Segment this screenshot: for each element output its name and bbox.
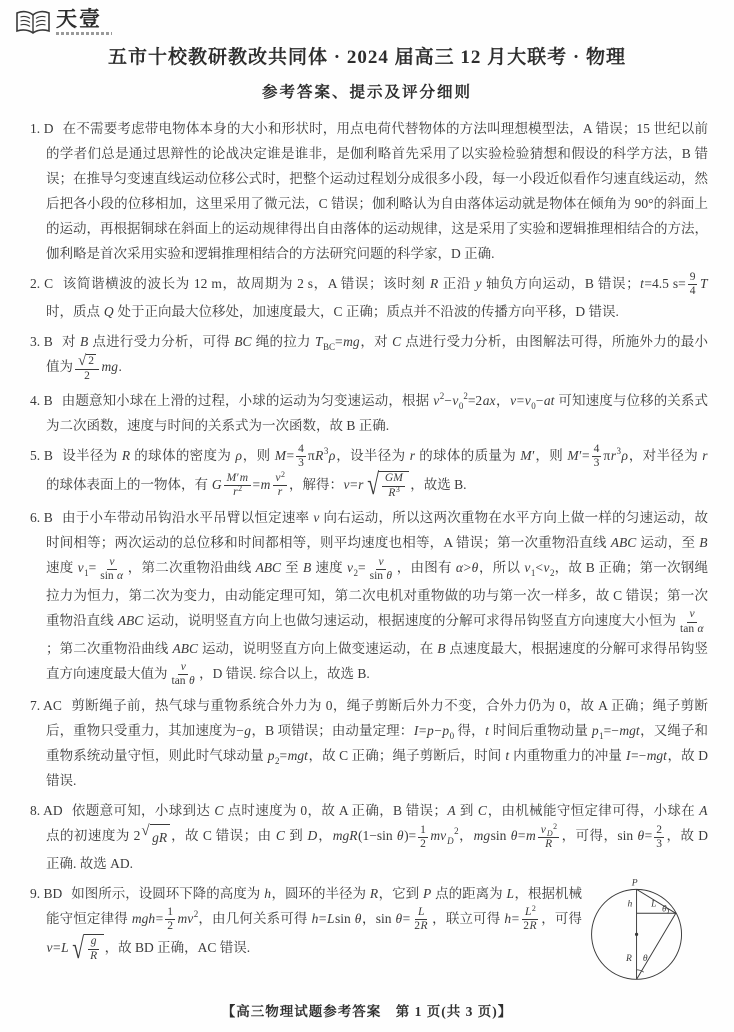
logo-text: 天壹 bbox=[56, 9, 112, 35]
answer-text: 依题意可知，小球到达 C 点时速度为 0，故 A 正确，B 错误；A 到 C，由… bbox=[46, 803, 708, 871]
answer-text: 对 B 点进行受力分析，可得 BC 绳的拉力 TBC=mg，对 C 点进行受力分… bbox=[46, 334, 708, 375]
answer-number: 4. B bbox=[30, 393, 53, 408]
answer-number: 3. B bbox=[30, 334, 53, 349]
answer-text: 由题意知小球在上滑的过程，小球的运动为匀变速运动，根据 v2−v02=2ax，v… bbox=[46, 393, 708, 433]
answer-number: 7. AC bbox=[30, 698, 62, 713]
answers-list: 1. D在不需要考虑带电物体本身的大小和形状时，用点电荷代替物体的方法叫理想模型… bbox=[0, 102, 734, 964]
answer-number: 9. BD bbox=[30, 886, 62, 901]
logo-tagline-decoration bbox=[56, 32, 112, 35]
answer-text: 在不需要考虑带电物体本身的大小和形状时，用点电荷代替物体的方法叫理想模型法，A … bbox=[46, 121, 708, 261]
answer-text: 剪断绳子前，热气球与重物系统合外力为 0，绳子剪断后外力不变，合外力仍为 0，故… bbox=[46, 698, 708, 788]
figure-label-L: L bbox=[650, 899, 656, 910]
answer-item: 8. AD依题意可知，小球到达 C 点时速度为 0，故 A 正确，B 错误；A … bbox=[30, 798, 708, 876]
answer-item: 4. B由题意知小球在上滑的过程，小球的运动为匀变速运动，根据 v2−v02=2… bbox=[30, 388, 708, 438]
open-book-icon bbox=[14, 9, 52, 37]
answer-item: P h L θ R θ 9. BD如图所示，设圆环下降的高度为 h，圆环的半径为… bbox=[30, 881, 708, 964]
answer-text: 该简谐横波的波长为 12 m，故周期为 2 s，A 错误；该时刻 R 正沿 y … bbox=[46, 276, 708, 319]
answer-text: 由于小车带动吊钩沿水平吊臂以恒定速率 v 向右运动，所以这两次重物在水平方向上做… bbox=[46, 510, 708, 680]
item9-circle-figure: P h L θ R θ bbox=[590, 875, 708, 1009]
answer-number: 1. D bbox=[30, 121, 53, 136]
figure-label-P: P bbox=[631, 877, 638, 888]
answer-number: 8. AD bbox=[30, 803, 63, 818]
answer-item: 7. AC剪断绳子前，热气球与重物系统合外力为 0，绳子剪断后外力不变，合外力仍… bbox=[30, 693, 708, 793]
figure-label-h: h bbox=[627, 899, 632, 910]
publisher-logo: 天壹 bbox=[14, 9, 112, 37]
figure-label-theta-top: θ bbox=[662, 903, 667, 914]
answer-text: 如图所示，设圆环下降的高度为 h，圆环的半径为 R，它到 P 点的距离为 L，根… bbox=[46, 886, 582, 955]
answer-item: 2. C该简谐横波的波长为 12 m，故周期为 2 s，A 错误；该时刻 R 正… bbox=[30, 271, 708, 324]
answer-item: 3. B对 B 点进行受力分析，可得 BC 绳的拉力 TBC=mg，对 C 点进… bbox=[30, 329, 708, 383]
page-subtitle: 参考答案、提示及评分细则 bbox=[0, 80, 734, 102]
answer-item: 6. B由于小车带动吊钩沿水平吊臂以恒定速率 v 向右运动，所以这两次重物在水平… bbox=[30, 505, 708, 688]
page-footer: 【高三物理试题参考答案 第 1 页(共 3 页)】 bbox=[0, 1000, 734, 1020]
answer-text: 设半径为 R 的球体的密度为 ρ，则 M=43πR3ρ，设半径为 r 的球体的质… bbox=[46, 448, 708, 492]
answer-item: 1. D在不需要考虑带电物体本身的大小和形状时，用点电荷代替物体的方法叫理想模型… bbox=[30, 116, 708, 266]
answer-item: 5. B设半径为 R 的球体的密度为 ρ，则 M=43πR3ρ，设半径为 r 的… bbox=[30, 443, 708, 501]
answer-number: 2. C bbox=[30, 276, 53, 291]
answer-number: 6. B bbox=[30, 510, 53, 525]
figure-label-R: R bbox=[625, 953, 632, 964]
logo-brand: 天壹 bbox=[56, 9, 112, 31]
answer-number: 5. B bbox=[30, 448, 53, 463]
document-page: 天壹 五市十校教研教改共同体 · 2024 届高三 12 月大联考 · 物理 参… bbox=[0, 0, 734, 1032]
figure-label-theta-bottom: θ bbox=[643, 953, 648, 964]
footer-text: 【高三物理试题参考答案 第 1 页(共 3 页)】 bbox=[222, 1004, 513, 1019]
page-title: 五市十校教研教改共同体 · 2024 届高三 12 月大联考 · 物理 bbox=[0, 42, 734, 69]
